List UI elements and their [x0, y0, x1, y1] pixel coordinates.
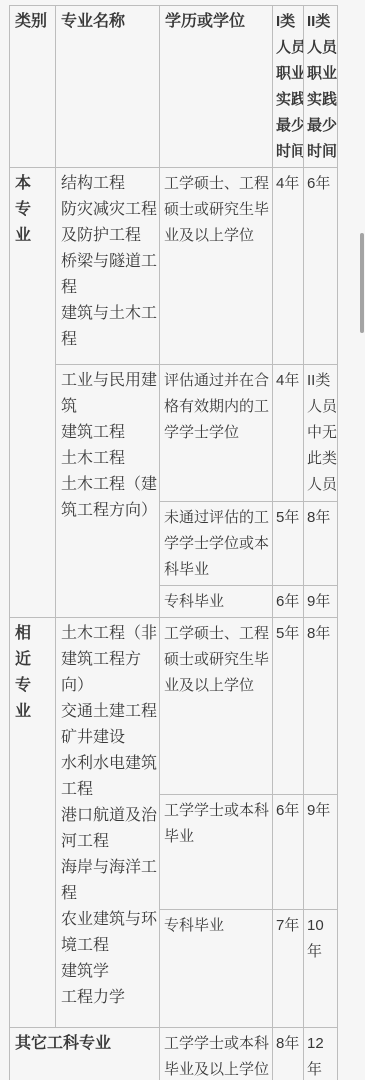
degree-cell: 专科毕业: [160, 910, 273, 1028]
degree-cell: 工学硕士、工程硕士或研究生毕业及以上学位: [160, 168, 273, 365]
degree-cell: 工学学士或本科毕业: [160, 795, 273, 910]
class1-years: 5年: [273, 618, 304, 795]
qualification-table: 类别 专业名称 学历或学位 I类 人员 职业 实践 最少 时间 II类 人员 职…: [9, 5, 338, 1080]
class2-years: 10 年: [304, 910, 338, 1028]
class1-years: 4年: [273, 168, 304, 365]
category-label: 本专业: [15, 171, 32, 249]
class1-years: 6年: [273, 795, 304, 910]
class2-years: 8年: [304, 618, 338, 795]
vertical-scrollbar-thumb[interactable]: [360, 233, 364, 333]
category-cell-similar-major: 相近专业: [10, 618, 56, 1028]
table-row: 工业与民用建筑 建筑工程 土木工程 土木工程（建筑工程方向） 评估通过并在合格有…: [10, 365, 338, 502]
table-row: 本专业 结构工程 防灾减灾工程及防护工程 桥梁与隧道工程 建筑与土木工程 工学硕…: [10, 168, 338, 365]
header-degree: 学历或学位: [160, 6, 273, 168]
category-label: 相近专业: [15, 621, 32, 725]
class1-years: 5年: [273, 502, 304, 586]
class1-years: 7年: [273, 910, 304, 1028]
class2-years: 8年: [304, 502, 338, 586]
category-cell-other-engineering: 其它工科专业: [10, 1028, 160, 1080]
class2-years: 9年: [304, 795, 338, 910]
degree-cell: 未通过评估的工学学士学位或本科毕业: [160, 502, 273, 586]
class2-years: 12 年: [304, 1028, 338, 1080]
class2-years: 9年: [304, 586, 338, 618]
major-list: 土木工程（非建筑工程方向） 交通土建工程 矿井建设 水利水电建筑工程 港口航道及…: [56, 618, 160, 1028]
class1-years: 4年: [273, 365, 304, 502]
table-row: 其它工科专业 工学学士或本科毕业及以上学位 8年 12 年: [10, 1028, 338, 1080]
degree-cell: 专科毕业: [160, 586, 273, 618]
header-row: 类别 专业名称 学历或学位 I类 人员 职业 实践 最少 时间 II类 人员 职…: [10, 6, 338, 168]
header-major-name: 专业名称: [56, 6, 160, 168]
degree-cell: 工学学士或本科毕业及以上学位: [160, 1028, 273, 1080]
header-class2-min-practice-time: II类 人员 职业 实践 最少 时间: [304, 6, 338, 168]
table-row: 相近专业 土木工程（非建筑工程方向） 交通土建工程 矿井建设 水利水电建筑工程 …: [10, 618, 338, 795]
major-list: 结构工程 防灾减灾工程及防护工程 桥梁与隧道工程 建筑与土木工程: [56, 168, 160, 365]
header-class1-min-practice-time: I类 人员 职业 实践 最少 时间: [273, 6, 304, 168]
degree-cell: 评估通过并在合格有效期内的工学学士学位: [160, 365, 273, 502]
class1-years: 8年: [273, 1028, 304, 1080]
header-category: 类别: [10, 6, 56, 168]
category-cell-own-major: 本专业: [10, 168, 56, 618]
class2-years: 6年: [304, 168, 338, 365]
major-list: 工业与民用建筑 建筑工程 土木工程 土木工程（建筑工程方向）: [56, 365, 160, 618]
class1-years: 6年: [273, 586, 304, 618]
class2-years: II类 人员 中无 此类 人员: [304, 365, 338, 502]
degree-cell: 工学硕士、工程硕士或研究生毕业及以上学位: [160, 618, 273, 795]
